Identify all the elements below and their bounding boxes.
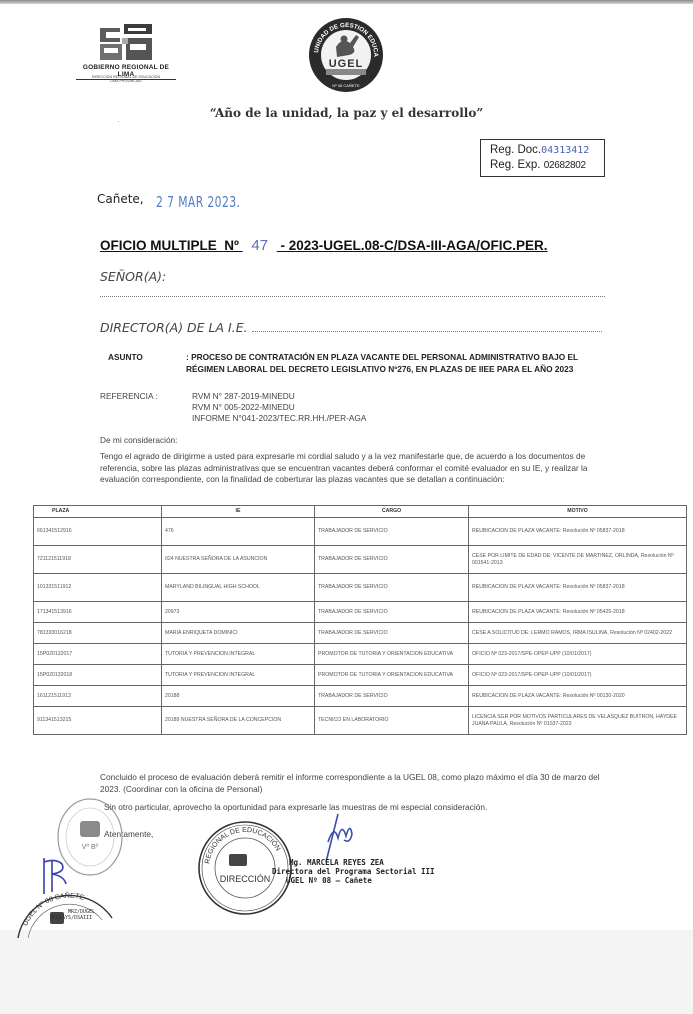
cell-ie: 20973 [162,602,315,623]
table-row: 101331511912MARYLAND BILINGUAL HIGH SCHO… [34,574,687,602]
table-row: 17134151391620973TRABAJADOR DE SERVICIOR… [34,602,687,623]
conclusion-paragraph: Concluido el proceso de evaluación deber… [100,772,620,795]
cell-cargo: TRABAJADOR DE SERVICIO [315,602,469,623]
referencia-item: RVM N° 005-2022-MINEDU [192,402,366,413]
gobierno-regional-subtitle: DIRECCIÓN REGIONAL DE EDUCACIÓN LIMA PRO… [76,75,176,84]
scan-edge [0,0,693,4]
cell-ie: TUTORIA Y PREVENCION INTEGRAL [162,644,315,665]
cell-motivo: OFICIO Nº 023-2017/SPE-OPEP-UPP (10/01/2… [469,665,687,686]
cell-ie: MARIA ENRIQUETA DOMINICI [162,623,315,644]
cell-cargo: TRABAJADOR DE SERVICIO [315,518,469,546]
table-row: 781333016218MARIA ENRIQUETA DOMINICITRAB… [34,623,687,644]
signature-scribble-icon [318,812,362,864]
subtitle-line2: LIMA PROVINCIAS [76,79,176,83]
cell-plaza: 721121511918 [34,546,162,574]
initials-line2: MEDRAYS/DSAIII [50,915,95,921]
cell-ie: 20188 [162,686,315,707]
reg-exp-line: Reg. Exp. 02682802 [490,158,604,173]
year-motto: “Año de la unidad, la paz y el desarroll… [0,106,693,120]
svg-text:Vº Bº: Vº Bº [82,844,99,851]
addressee-senor: SEÑOR(A): [100,269,166,284]
oficio-prefix: OFICIO MULTIPLE Nº [100,238,239,253]
cell-cargo: TRABAJADOR DE SERVICIO [315,546,469,574]
cell-ie: 20189 NUESTRA SEÑORA DE LA CONCEPCION [162,707,315,735]
svg-text:Nº 08 CAÑETE: Nº 08 CAÑETE [332,83,360,88]
document-page: GOBIERNO REGIONAL DE LIMA DIRECCIÓN REGI… [0,0,693,930]
cell-motivo: REUBICACION DE PLAZA VACANTE: Resolución… [469,574,687,602]
cell-motivo: CESE A SOLICITUD DE: LERMO RAMOS, IRMA I… [469,623,687,644]
cell-cargo: TRABAJADOR DE SERVICIO [315,574,469,602]
asunto-label: ASUNTO [108,352,143,362]
cell-cargo: TECNICO EN LABORATORIO [315,707,469,735]
gobierno-regional-logo-icon [98,22,154,62]
table-row: 15P020132018TUTORIA Y PREVENCION INTEGRA… [34,665,687,686]
table-row: 16112151191320188TRABAJADOR DE SERVICIOR… [34,686,687,707]
registry-box: Reg. Doc.04313412 Reg. Exp. 02682802 [480,139,605,177]
reg-doc-label: Reg. Doc. [490,144,541,156]
date-place: Cañete, [97,192,144,206]
table-row: 15P020132017TUTORIA Y PREVENCION INTEGRA… [34,644,687,665]
addressee-blank-line [100,296,605,297]
cell-motivo: REUBICACION DE PLAZA VACANTE: Resolución… [469,518,687,546]
reg-exp-label: Reg. Exp. [490,159,541,171]
referencia-item: INFORME N°041-2023/TEC.RR.HH./PER-AGA [192,413,366,424]
cell-motivo: CESE POR LIMITE DE EDAD DE: VICENTE DE M… [469,546,687,574]
director-blank-line [252,331,602,332]
svg-text:UGEL: UGEL [329,58,364,70]
svg-text:DIRECCIÓN: DIRECCIÓN [220,874,271,884]
asunto-text: : PROCESO DE CONTRATACIÓN EN PLAZA VACAN… [186,352,616,375]
cell-motivo: LICENCIA SGR POR MOTIVOS PARTICULARES DE… [469,707,687,735]
cell-plaza: 101331511912 [34,574,162,602]
addressee-director: DIRECTOR(A) DE LA I.E. [100,320,248,335]
greeting: De mi consideración: [100,435,177,445]
table-body: 661341512916476TRABAJADOR DE SERVICIOREU… [34,518,687,735]
cell-cargo: PROMOTOR DE TUTORIA Y ORIENTACION EDUCAT… [315,665,469,686]
header-motivo: MOTIVO [469,506,687,518]
cell-ie: TUTORIA Y PREVENCION INTEGRAL [162,665,315,686]
table-row: 661341512916476TRABAJADOR DE SERVICIOREU… [34,518,687,546]
cell-cargo: TRABAJADOR DE SERVICIO [315,623,469,644]
cell-plaza: 15P020132018 [34,665,162,686]
oficio-suffix: - 2023-UGEL.08-C/DSA-III-AGA/OFIC.PER. [277,238,548,253]
referencia-list: RVM N° 287-2019-MINEDU RVM N° 005-2022-M… [192,391,366,424]
cell-plaza: 161121511913 [34,686,162,707]
referencia-item: RVM N° 287-2019-MINEDU [192,391,366,402]
date-stamp: 2 7 MAR 2023. [156,193,240,211]
cell-ie: 024 NUESTRA SEÑORA DE LA ASUNCION [162,546,315,574]
header-cargo: CARGO [315,506,469,518]
table-row: 721121511918024 NUESTRA SEÑORA DE LA ASU… [34,546,687,574]
oficio-number: 47 [243,237,277,254]
plazas-table: PLAZA IE CARGO MOTIVO 661341512916476TRA… [33,505,687,735]
reg-doc-line: Reg. Doc.04313412 [490,143,604,158]
cell-ie: MARYLAND BILINGUAL HIGH SCHOOL [162,574,315,602]
table-row: 91134151321520189 NUESTRA SEÑORA DE LA C… [34,707,687,735]
cell-plaza: 781333016218 [34,623,162,644]
reg-exp-value: 02682802 [544,160,586,171]
cell-plaza: 911341513215 [34,707,162,735]
ugel-seal-icon: UNIDAD DE GESTION EDUCATIVA UGEL Nº 08 C… [308,17,384,93]
referencia-label: REFERENCIA : [100,391,158,401]
reg-doc-value: 04313412 [541,145,589,156]
initials-reference: MRZ/DUGEL MEDRAYS/DSAIII [50,909,95,921]
cell-motivo: OFICIO Nº 023-2017/SPE-OPEP-UPP (10/01/2… [469,644,687,665]
oficio-title: OFICIO MULTIPLE Nº 47 - 2023-UGEL.08-C/D… [100,237,548,254]
cell-motivo: REUBICACION DE PLAZA VACANTE: Resolución… [469,686,687,707]
cell-motivo: REUBICACION DE PLAZA VACANTE: Resolución… [469,602,687,623]
initials-scribble-icon [40,856,70,896]
signer-role: Directora del Programa Sectorial III [272,867,435,876]
cell-plaza: 15P020132017 [34,644,162,665]
cell-plaza: 171341513916 [34,602,162,623]
signer-office: UGEL Nº 08 – Cañete [272,876,435,885]
signer-name: Mg. MARCELA REYES ZEA [272,858,435,867]
cell-cargo: PROMOTOR DE TUTORIA Y ORIENTACION EDUCAT… [315,644,469,665]
cell-ie: 476 [162,518,315,546]
table-header-row: PLAZA IE CARGO MOTIVO [34,506,687,518]
scan-speck: · [117,117,120,126]
header-ie: IE [162,506,315,518]
closing-paragraph: Sin otro particular, aprovecho la oportu… [104,802,487,812]
header-plaza: PLAZA [34,506,162,518]
cell-cargo: TRABAJADOR DE SERVICIO [315,686,469,707]
intro-paragraph: Tengo el agrado de dirigirme a usted par… [100,451,620,486]
cell-plaza: 661341512916 [34,518,162,546]
signature-block: Mg. MARCELA REYES ZEA Directora del Prog… [272,858,435,885]
